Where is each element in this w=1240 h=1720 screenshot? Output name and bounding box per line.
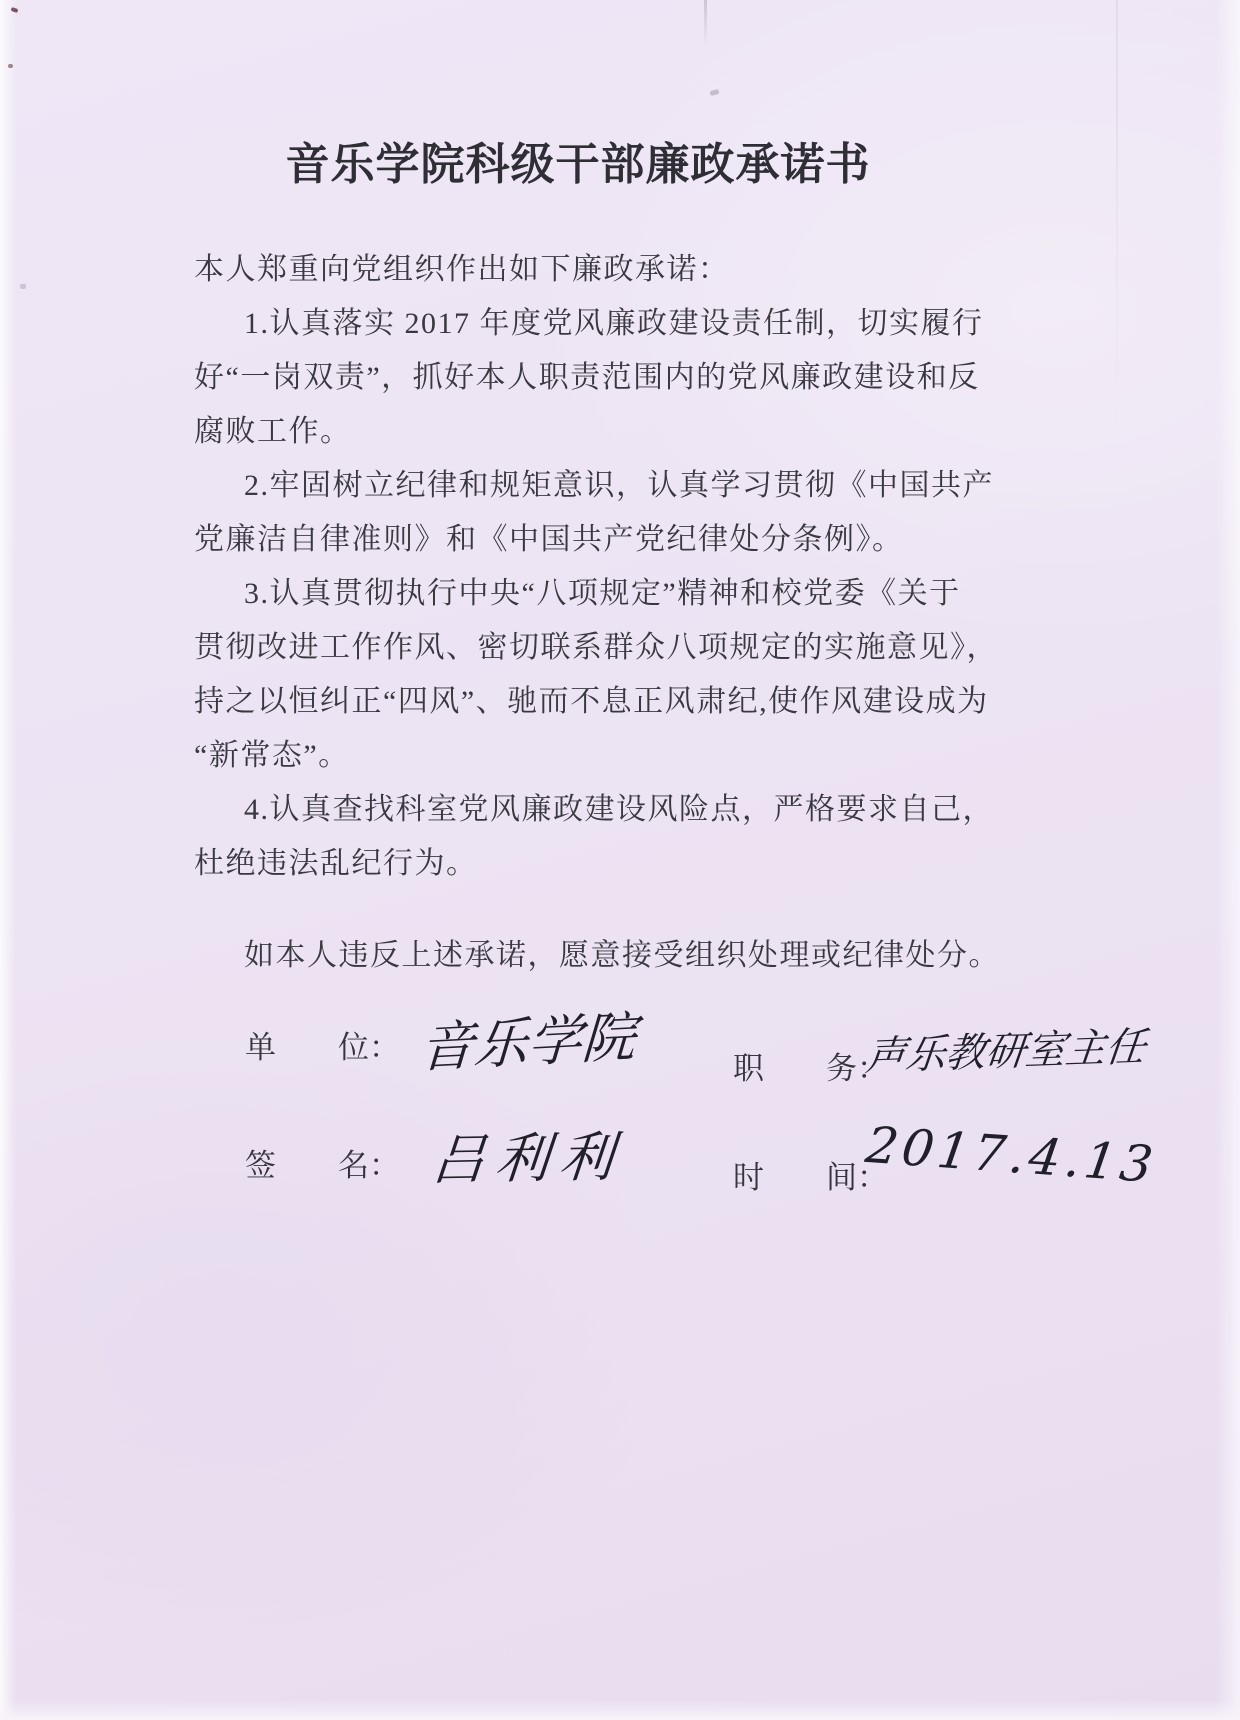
body-line: 杜绝违法乱纪行为。 [194,837,1060,891]
body-line: 贯彻改进工作作风、密切联系群众八项规定的实施意见》， [194,621,1060,675]
closing-line: 如本人违反上述承诺，愿意接受组织处理或纪律处分。 [194,929,1060,983]
body-line: “新常态”。 [194,729,1060,783]
handwritten-time-value: 2017.4.13 [862,1116,1160,1194]
scan-edge-bottom [0,1700,1240,1720]
body-line: 好“一岗双责”，抓好本人职责范围内的党风廉政建设和反 [194,351,1060,405]
handwritten-signature-value: 吕利利 [429,1114,628,1194]
scan-crease-right [1116,0,1118,430]
handwritten-unit-value: 音乐学院 [418,994,638,1083]
body-line: 持之以恒纠正“四风”、驰而不息正风肃纪,使作风建设成为 [194,675,1060,729]
body-line: 本人郑重向党组织作出如下廉政承诺： [194,243,1060,297]
body-line: 2.牢固树立纪律和规矩意识，认真学习贯彻《中国共产 [194,459,1060,513]
scan-speck [8,64,13,68]
scan-speck [20,284,26,289]
scanned-document-page: 音乐学院科级干部廉政承诺书 本人郑重向党组织作出如下廉政承诺： 1.认真落实 2… [0,0,1240,1720]
body-line: 3.认真贯彻执行中央“八项规定”精神和校党委《关于 [194,567,1060,621]
handwritten-duty-value: 声乐教研室主任 [863,1015,1149,1082]
body-line: 1.认真落实 2017 年度党风廉政建设责任制，切实履行 [194,297,1060,351]
field-label-unit: 单 位： [245,1022,400,1067]
body-line: 党廉洁自律准则》和《中国共产党纪律处分条例》。 [194,513,1060,567]
scan-edge-left [0,0,16,1720]
document-body: 本人郑重向党组织作出如下廉政承诺： 1.认真落实 2017 年度党风廉政建设责任… [194,243,1060,983]
body-line: 4.认真查找科室党风廉政建设风险点，严格要求自己， [194,783,1060,837]
field-label-signature: 签 名： [245,1140,400,1185]
scan-speck [710,89,720,96]
body-line: 腐败工作。 [194,405,1060,459]
scan-crease-top [704,0,707,46]
scan-edge-right [1216,0,1240,1720]
document-title: 音乐学院科级干部廉政承诺书 [0,128,1156,192]
